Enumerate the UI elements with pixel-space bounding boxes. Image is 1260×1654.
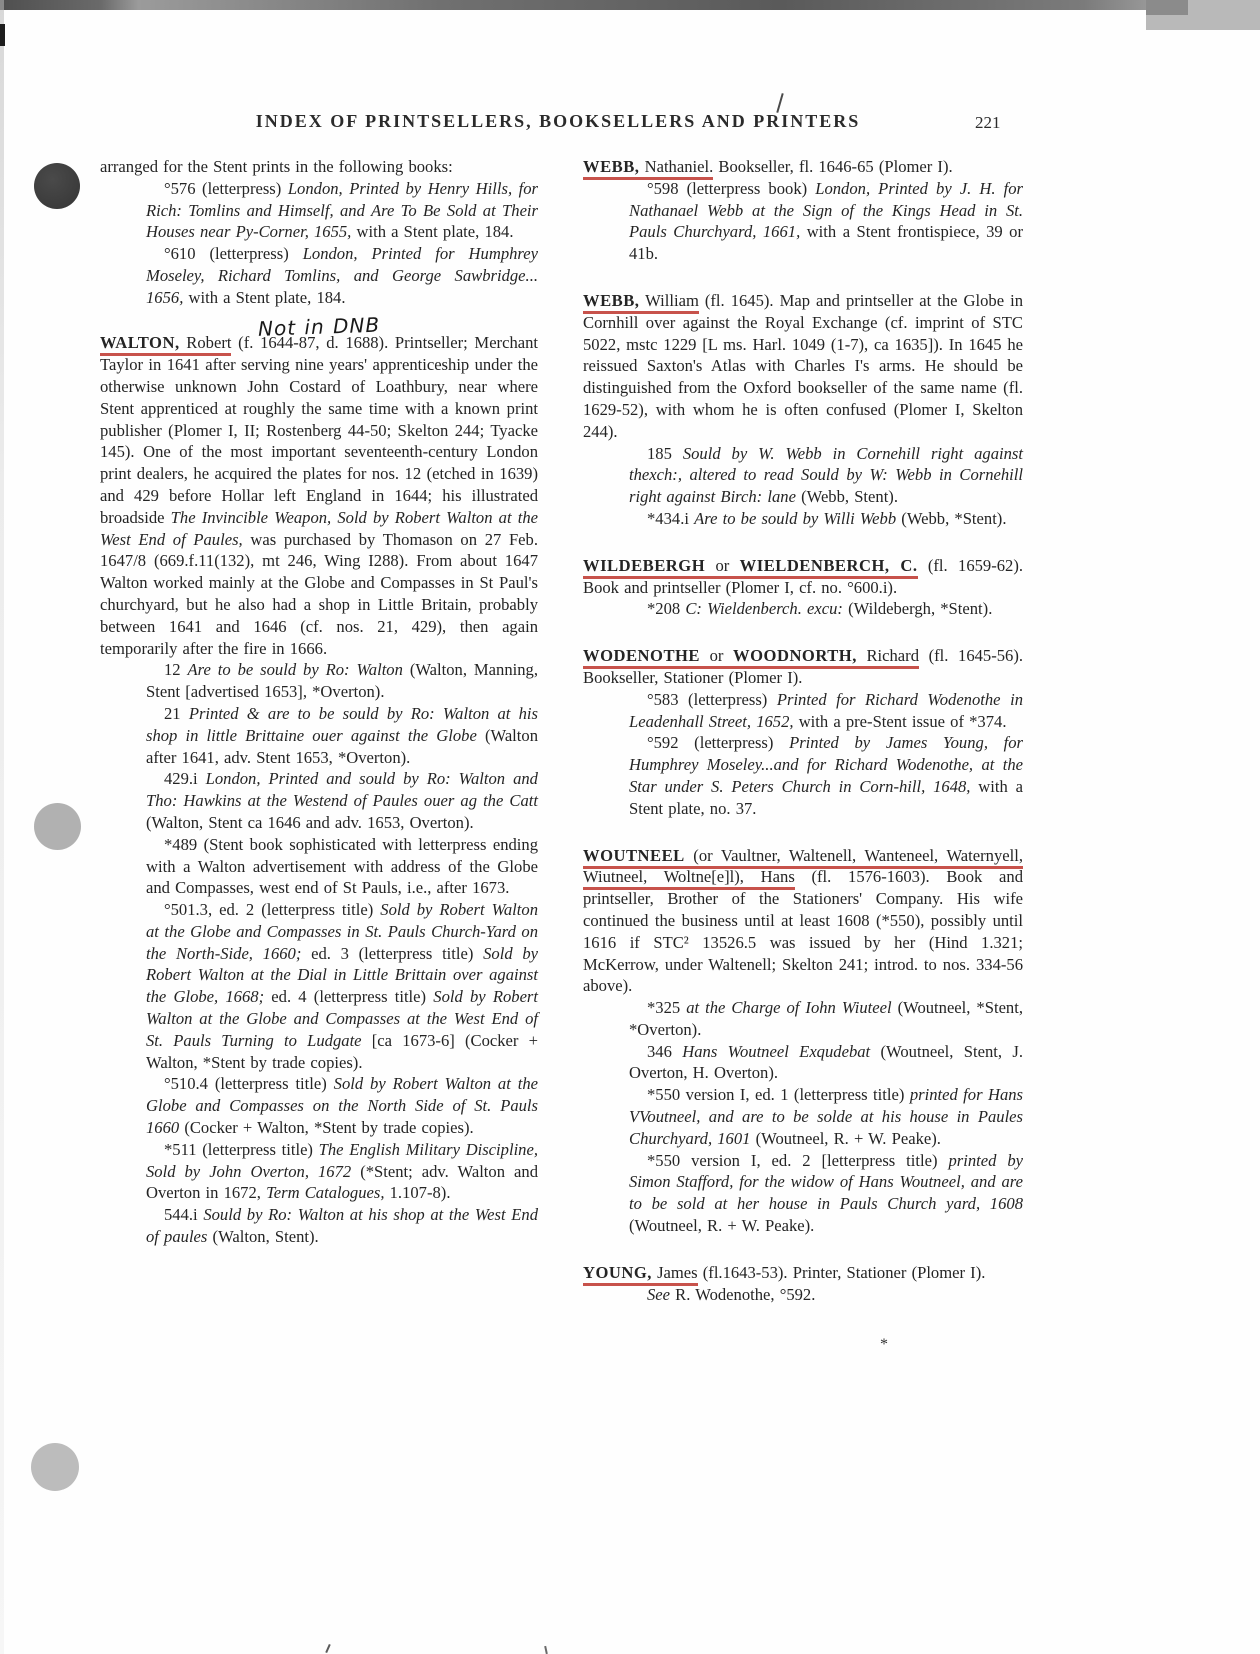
- entry-name-underlined: WILDEBERGH: [583, 556, 705, 579]
- text-run: Hans Woutneel Exqudebat: [682, 1042, 870, 1061]
- text-run: (Walton, Stent ca 1646 and adv. 1653, Ov…: [146, 813, 474, 832]
- stray-asterisk-mark: *: [880, 1336, 888, 1354]
- stray-mark-bottom-1: [325, 1644, 330, 1653]
- entry-name-underlined: WEBB,: [583, 291, 639, 314]
- text-run: 1.107-8).: [384, 1183, 450, 1202]
- entry-name-underlined: Nathaniel.: [639, 157, 713, 180]
- hole-punch-bottom: [31, 1443, 79, 1491]
- text-run: °583 (letterpress): [647, 690, 777, 709]
- catalog-item: °610 (letterpress) London, Printed for H…: [146, 243, 538, 308]
- index-entry: YOUNG, James (fl.1643-53). Printer, Stat…: [583, 1262, 1023, 1284]
- text-run: (Webb, Stent).: [796, 487, 898, 506]
- edge-mark: [0, 24, 5, 46]
- catalog-item: *550 version I, ed. 2 [letterpress title…: [629, 1150, 1023, 1237]
- catalog-item: 185 Sould by W. Webb in Cornehill right …: [629, 443, 1023, 508]
- catalog-item: 12 Are to be sould by Ro: Walton (Walton…: [146, 659, 538, 703]
- index-entry: WALTON, Robert (f. 1644-87, d. 1688). Pr…: [100, 332, 538, 659]
- text-run: *325: [647, 998, 686, 1017]
- catalog-item: °592 (letterpress) Printed by James Youn…: [629, 732, 1023, 819]
- text-run: (Woutneel, R. + W. Peake).: [750, 1129, 940, 1148]
- index-entry: WILDEBERGH or WIELDENBERCH, C. (fl. 1659…: [583, 555, 1023, 599]
- text-run: *511 (letterpress title): [164, 1140, 319, 1159]
- text-run: 346: [647, 1042, 682, 1061]
- catalog-item: See R. Wodenothe, °592.: [629, 1284, 1023, 1306]
- stray-mark-bottom-2: [544, 1646, 548, 1654]
- hole-punch-middle: [34, 803, 81, 850]
- entry-name-underlined: WODENOTHE: [583, 646, 700, 669]
- text-run: (fl. 1645). Map and printseller at the G…: [583, 291, 1023, 441]
- scanned-book-page: INDEX OF PRINTSELLERS, BOOKSELLERS AND P…: [0, 0, 1260, 1654]
- entry-name-underlined: WIELDENBERCH, C.: [740, 556, 918, 579]
- text-run: Bookseller, fl. 1646-65 (Plomer I).: [713, 157, 952, 176]
- text-run: °510.4 (letterpress title): [164, 1074, 334, 1093]
- left-column: arranged for the Stent prints in the fol…: [100, 156, 538, 1248]
- entry-name-underlined: WOUTNEEL: [583, 846, 685, 869]
- index-entry: WODENOTHE or WOODNORTH, Richard (fl. 164…: [583, 645, 1023, 689]
- text-run: with a Stent plate, 184.: [183, 288, 345, 307]
- text-run: (Wildebergh, *Stent).: [843, 599, 992, 618]
- text-run: ed. 3 (letterpress title): [301, 944, 483, 963]
- right-column: WEBB, Nathaniel. Bookseller, fl. 1646-65…: [583, 156, 1023, 1305]
- text-run: *550 version I, ed. 2 [letterpress title…: [647, 1151, 948, 1170]
- entry-name-underlined: YOUNG,: [583, 1263, 652, 1286]
- stray-slash-mark: [776, 93, 783, 113]
- paragraph: arranged for the Stent prints in the fol…: [100, 156, 538, 178]
- scanner-edge-artifact-top: [0, 0, 1260, 10]
- index-entry: WOUTNEEL (or Vaultner, Waltenell, Wanten…: [583, 845, 1023, 998]
- text-run: arranged for the Stent prints in the fol…: [100, 157, 453, 176]
- text-run: °598 (letterpress book): [647, 179, 815, 198]
- entry-name-underlined: William: [639, 291, 698, 314]
- catalog-item: *511 (letterpress title) The English Mil…: [146, 1139, 538, 1204]
- text-run: at the Charge of Iohn Wiuteel: [686, 998, 891, 1017]
- text-run: (Woutneel, R. + W. Peake).: [629, 1216, 814, 1235]
- catalog-item: °598 (letterpress book) London, Printed …: [629, 178, 1023, 265]
- text-run: °576 (letterpress): [164, 179, 288, 198]
- entry-name-underlined: or: [700, 646, 733, 669]
- text-run: Term Catalogues,: [266, 1183, 384, 1202]
- text-run: *208: [647, 599, 685, 618]
- text-run: Are to be sould by Ro: Walton: [188, 660, 403, 679]
- page-number: 221: [975, 113, 1001, 133]
- entry-name-underlined: WALTON,: [100, 333, 180, 356]
- catalog-item: *434.i Are to be sould by Willi Webb (We…: [629, 508, 1023, 530]
- text-run: Are to be sould by Willi Webb: [694, 509, 896, 528]
- entry-name-underlined: James: [652, 1263, 698, 1286]
- text-run: with a Stent plate, 184.: [351, 222, 513, 241]
- catalog-item: °501.3, ed. 2 (letterpress title) Sold b…: [146, 899, 538, 1073]
- catalog-item: *325 at the Charge of Iohn Wiuteel (Wout…: [629, 997, 1023, 1041]
- text-run: °592 (letterpress): [647, 733, 789, 752]
- catalog-item: 544.i Sould by Ro: Walton at his shop at…: [146, 1204, 538, 1248]
- entry-name-underlined: or: [705, 556, 740, 579]
- text-run: London, Printed and sould by Ro: Walton …: [146, 769, 538, 810]
- catalog-item: *208 C: Wieldenberch. excu: (Wildebergh,…: [629, 598, 1023, 620]
- hole-punch-top: [34, 163, 80, 209]
- catalog-item: 21 Printed & are to be sould by Ro: Walt…: [146, 703, 538, 768]
- text-run: R. Wodenothe, °592.: [670, 1285, 815, 1304]
- index-entry: WEBB, Nathaniel. Bookseller, fl. 1646-65…: [583, 156, 1023, 178]
- text-run: *434.i: [647, 509, 694, 528]
- text-run: 429.i: [164, 769, 206, 788]
- catalog-item: °576 (letterpress) London, Printed by He…: [146, 178, 538, 243]
- catalog-item: °583 (letterpress) Printed for Richard W…: [629, 689, 1023, 733]
- text-run: °501.3, ed. 2 (letterpress title): [164, 900, 380, 919]
- page-header-title: INDEX OF PRINTSELLERS, BOOKSELLERS AND P…: [173, 111, 943, 132]
- text-run: 21: [164, 704, 189, 723]
- text-run: (Walton, Stent).: [207, 1227, 318, 1246]
- catalog-item: *489 (Stent book sophisticated with lett…: [146, 834, 538, 899]
- catalog-item: 346 Hans Woutneel Exqudebat (Woutneel, S…: [629, 1041, 1023, 1085]
- text-run: Sould by Ro: Walton at his shop at the W…: [146, 1205, 538, 1246]
- catalog-item: °510.4 (letterpress title) Sold by Rober…: [146, 1073, 538, 1138]
- text-run: with a pre-Stent issue of *374.: [794, 712, 1007, 731]
- entry-name-underlined: Robert: [180, 333, 232, 356]
- catalog-item: *550 version I, ed. 1 (letterpress title…: [629, 1084, 1023, 1149]
- text-run: *550 version I, ed. 1 (letterpress title…: [647, 1085, 910, 1104]
- text-run: *489 (Stent book sophisticated with lett…: [146, 835, 538, 898]
- text-run: °610 (letterpress): [164, 244, 303, 263]
- scanner-edge-artifact-corner-dark: [1146, 0, 1188, 15]
- text-run: See: [647, 1285, 670, 1304]
- text-run: 12: [164, 660, 188, 679]
- index-entry: WEBB, William (fl. 1645). Map and prints…: [583, 290, 1023, 443]
- text-run: C: Wieldenberch. excu:: [685, 599, 843, 618]
- text-run: 185: [647, 444, 683, 463]
- entry-name-underlined: WEBB,: [583, 157, 639, 180]
- text-run: (f. 1644-87, d. 1688). Printseller; Merc…: [100, 333, 538, 526]
- text-run: (fl.1643-53). Printer, Stationer (Plomer…: [698, 1263, 986, 1282]
- text-run: ed. 4 (letterpress title): [264, 987, 433, 1006]
- entry-name-underlined: WOODNORTH,: [733, 646, 857, 669]
- catalog-item: 429.i London, Printed and sould by Ro: W…: [146, 768, 538, 833]
- page-left-edge-shadow: [0, 0, 4, 1654]
- text-run: (Cocker + Walton, *Stent by trade copies…: [179, 1118, 473, 1137]
- text-run: (Webb, *Stent).: [896, 509, 1006, 528]
- entry-name-underlined: Richard: [857, 646, 919, 669]
- text-run: 544.i: [164, 1205, 203, 1224]
